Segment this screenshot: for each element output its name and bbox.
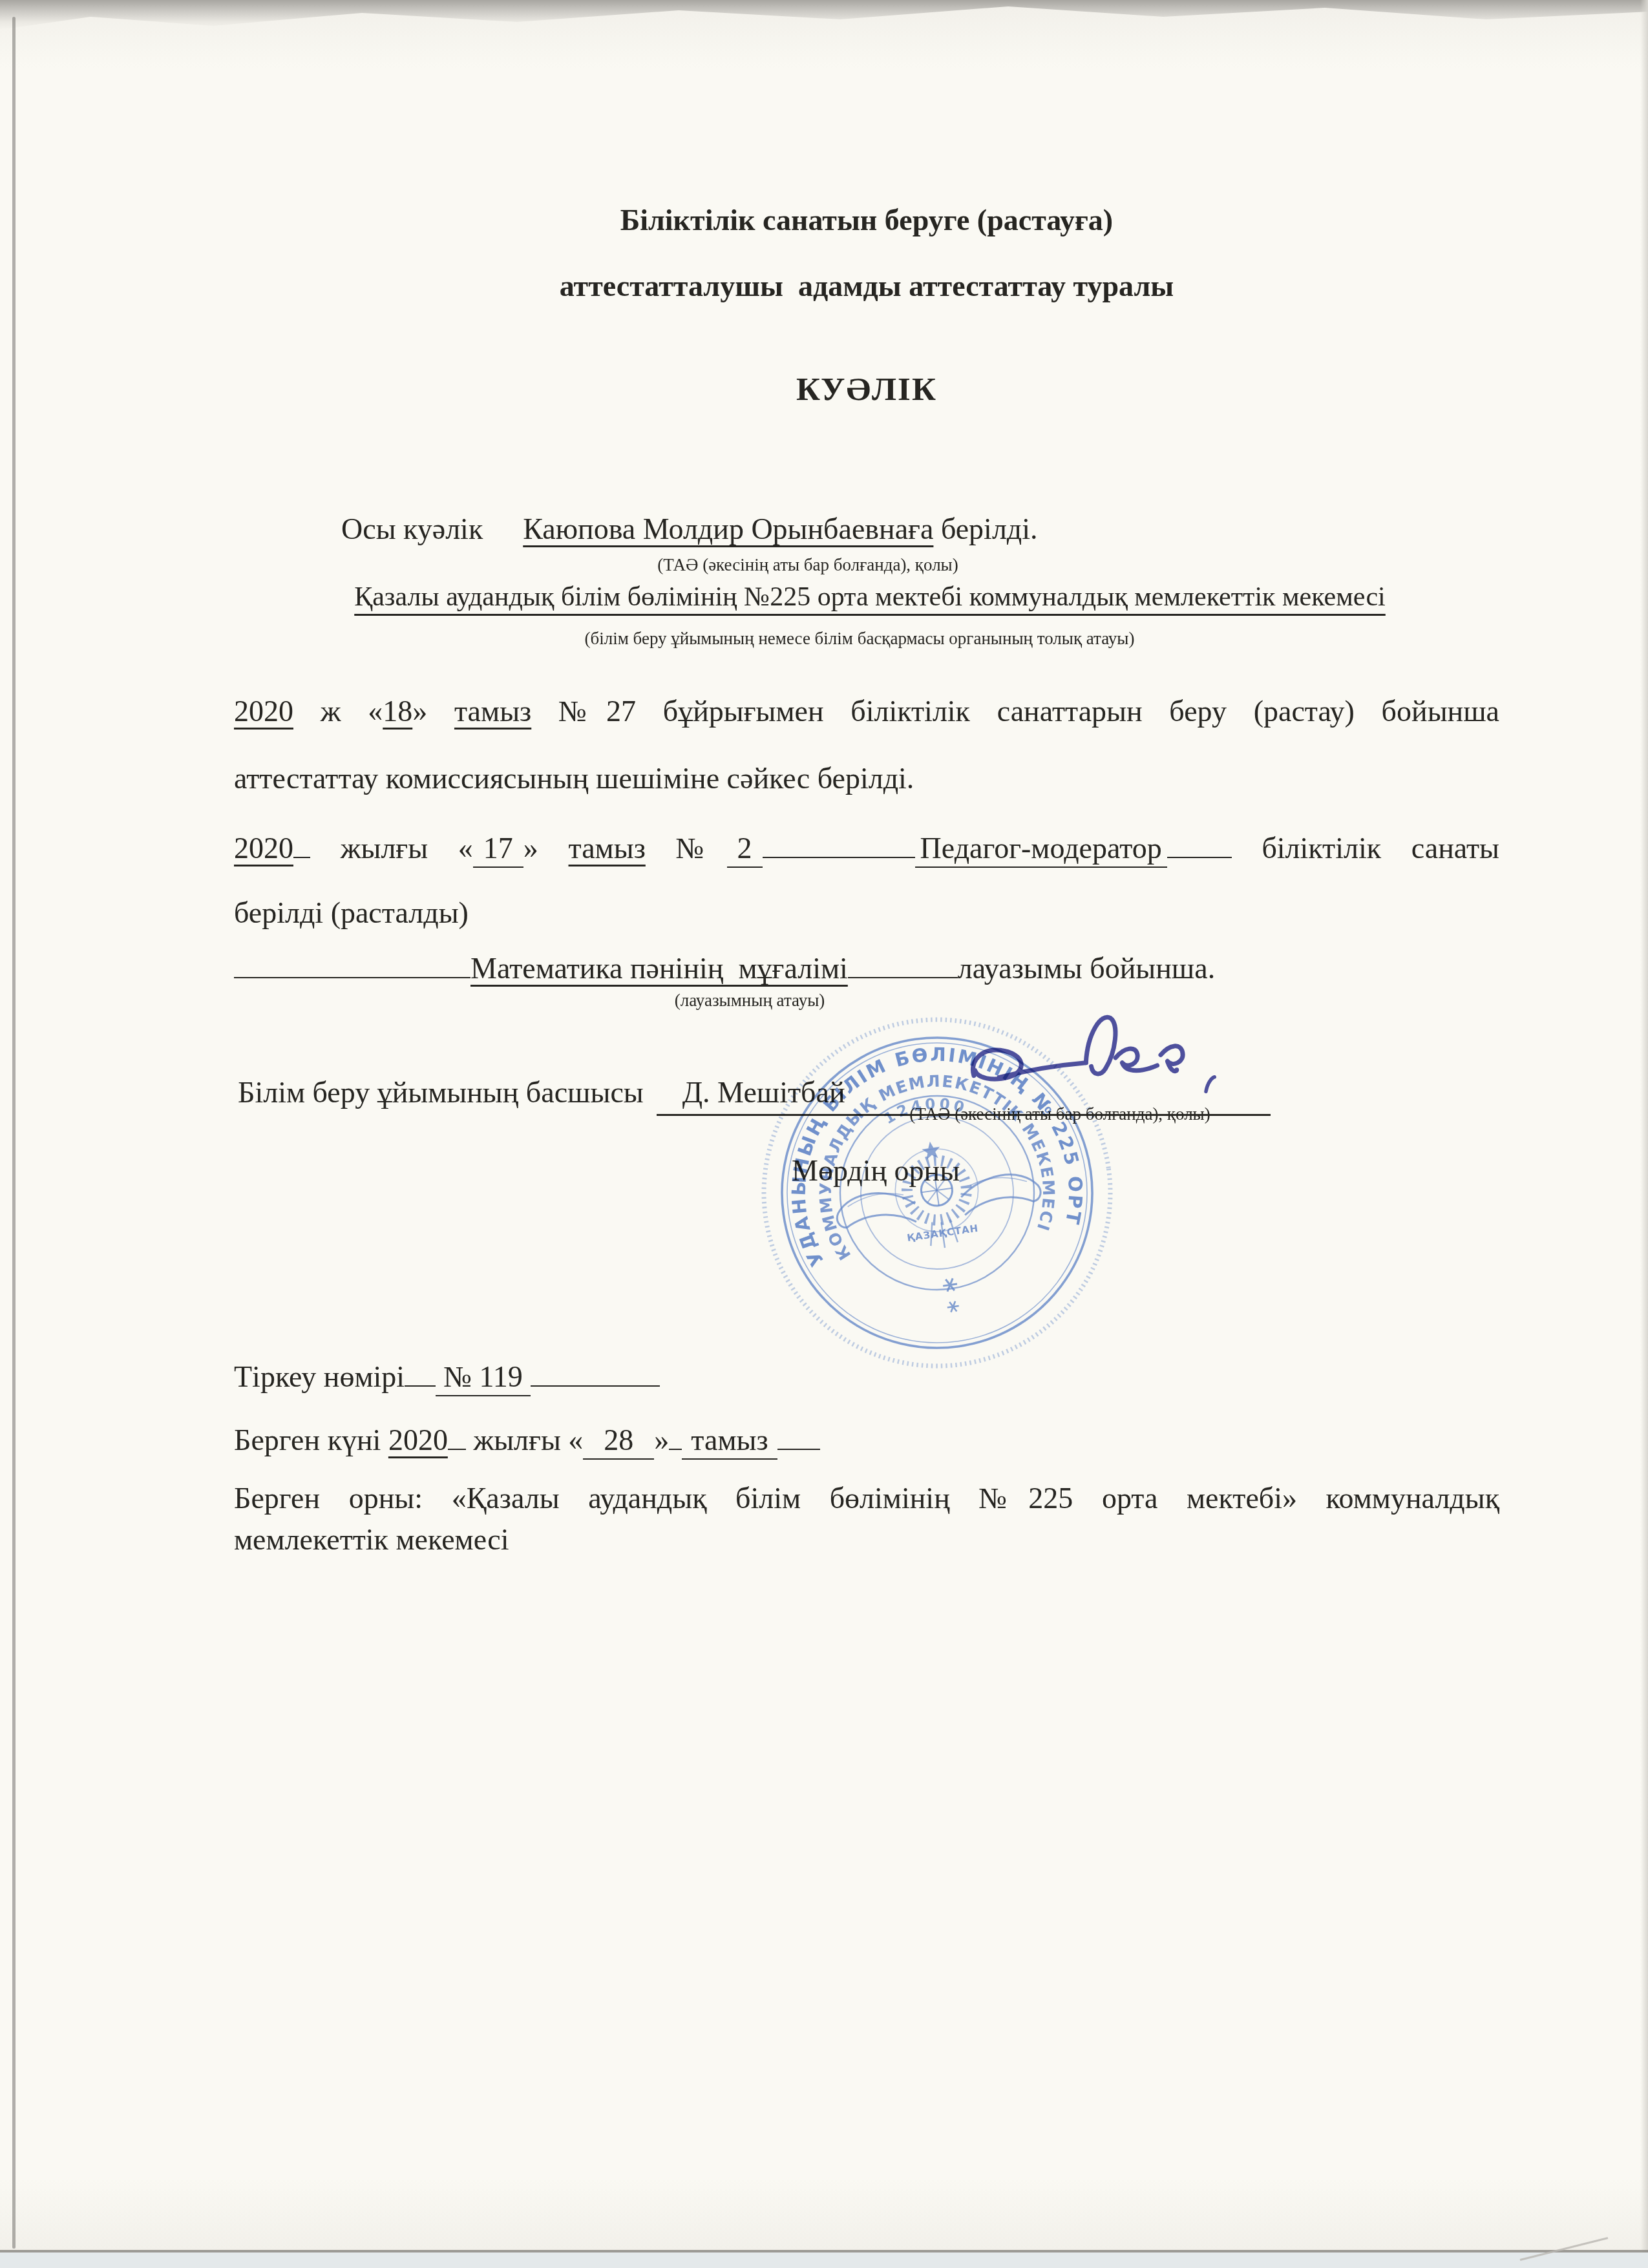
issue-year: 2020: [388, 1423, 448, 1456]
stamp-asterisk-icon: [947, 1301, 960, 1312]
issue-place-value: «Қазалы аудандық білім бөлімінің №225 ор…: [452, 1482, 1499, 1515]
issue-day: 28: [583, 1423, 654, 1460]
open-quote: «: [368, 695, 383, 728]
close-quote: »: [523, 832, 538, 865]
category-year: 2020: [234, 832, 293, 865]
position-name: Математика пәнінің мұғалімі: [470, 952, 848, 985]
category-day: 17: [473, 832, 523, 868]
category-number-sign: №: [676, 832, 727, 865]
registration-value: № 119: [436, 1360, 531, 1396]
blank-underline: [448, 1419, 466, 1450]
blank-underline: [777, 1419, 820, 1450]
position-line: Математика пәнінің мұғалімілауазымы бойы…: [234, 947, 1499, 987]
organization-line: Қазалы аудандық білім бөлімінің №225 орт…: [238, 580, 1502, 614]
open-quote: «: [568, 1423, 583, 1456]
category-line: 2020 жылғы «17» тамыз №2Педагог-модерато…: [234, 827, 1499, 867]
blank-underline: [669, 1419, 682, 1450]
order-day: 18: [383, 695, 412, 728]
order-paragraph-line-2: аттестаттау комиссиясының шешіміне сәйке…: [234, 760, 1499, 797]
issue-year-word: жылғы: [473, 1423, 560, 1456]
blank-underline: [405, 1356, 436, 1387]
registration-label: Тіркеу нөмірі: [234, 1360, 405, 1393]
category-year-word: жылғы: [341, 832, 428, 865]
blank-underline: [848, 947, 958, 978]
category-line-2: берілді (расталды): [234, 894, 1499, 932]
issue-place-line-2: мемлекеттік мекемесі: [234, 1521, 1499, 1559]
order-number: №27: [558, 695, 636, 728]
recipient-tail: берілді.: [941, 512, 1038, 545]
organization-name: Қазалы аудандық білім бөлімінің №225 орт…: [354, 582, 1386, 612]
issue-place-line-1: Берген орны: «Қазалы аудандық білім бөлі…: [234, 1480, 1499, 1517]
category-month: тамыз: [569, 832, 646, 865]
blank-underline: [763, 827, 915, 858]
issue-place-label: Берген орны:: [234, 1482, 423, 1515]
category-name: Педагог-модератор: [915, 832, 1167, 868]
category-tail: біліктілік санаты: [1262, 832, 1499, 865]
organization-caption: (білім беру ұйымының немесе білім басқар…: [465, 628, 1254, 649]
stamp-country-text: ҚАЗАҚСТАН: [906, 1223, 979, 1244]
title-line-1: Біліктілік санатын беруге (растауға): [234, 202, 1499, 239]
order-year: 2020: [234, 695, 293, 728]
category-number: 2: [727, 832, 763, 868]
blank-underline: [293, 827, 310, 858]
open-quote: «: [458, 832, 473, 865]
signature-ink: [963, 1002, 1234, 1111]
scan-bottom-margin: [0, 2252, 1648, 2268]
blank-underline: [234, 947, 470, 978]
title-line-2: аттестатталушы адамды аттестаттау туралы: [234, 268, 1499, 305]
close-quote: »: [654, 1423, 669, 1456]
recipient-line: Осы куәлікКаюпова Молдир Орынбаевнаға бе…: [234, 510, 1499, 548]
head-label: Білім беру ұйымының басшысы: [238, 1076, 644, 1109]
recipient-lead: Осы куәлік: [341, 512, 483, 545]
scan-right-edge: [1640, 0, 1648, 2268]
registration-number-line: Тіркеу нөмірі№ 119: [234, 1356, 1499, 1396]
order-year-suffix: ж: [321, 695, 341, 728]
blank-underline: [1167, 827, 1232, 858]
blank-underline: [531, 1356, 660, 1387]
close-quote: »: [412, 695, 427, 728]
torn-paper-top-edge: [0, 0, 1648, 30]
recipient-caption: (ТАӘ (әкесінің аты бар болғанда), қолы): [607, 554, 1008, 575]
star-icon: [921, 1140, 941, 1160]
scan-left-edge: [12, 17, 16, 2249]
issue-date-line: Берген күні 2020 жылғы «28»тамыз: [234, 1419, 1499, 1459]
order-month: тамыз: [454, 695, 531, 728]
order-rest: бұйрығымен біліктілік санаттарын беру (р…: [663, 695, 1499, 728]
order-paragraph-line-1: 2020 ж «18» тамыз №27 бұйрығымен білікті…: [234, 693, 1499, 730]
position-tail: лауазымы бойынша.: [958, 952, 1215, 985]
issue-month: тамыз: [682, 1423, 777, 1460]
scanned-certificate-page: Біліктілік санатын беруге (растауға) атт…: [0, 0, 1648, 2268]
certificate-word: КУӘЛІК: [234, 370, 1499, 411]
recipient-name: Каюпова Молдир Орынбаевнаға: [523, 512, 933, 545]
issue-date-label: Берген күні: [234, 1423, 381, 1456]
